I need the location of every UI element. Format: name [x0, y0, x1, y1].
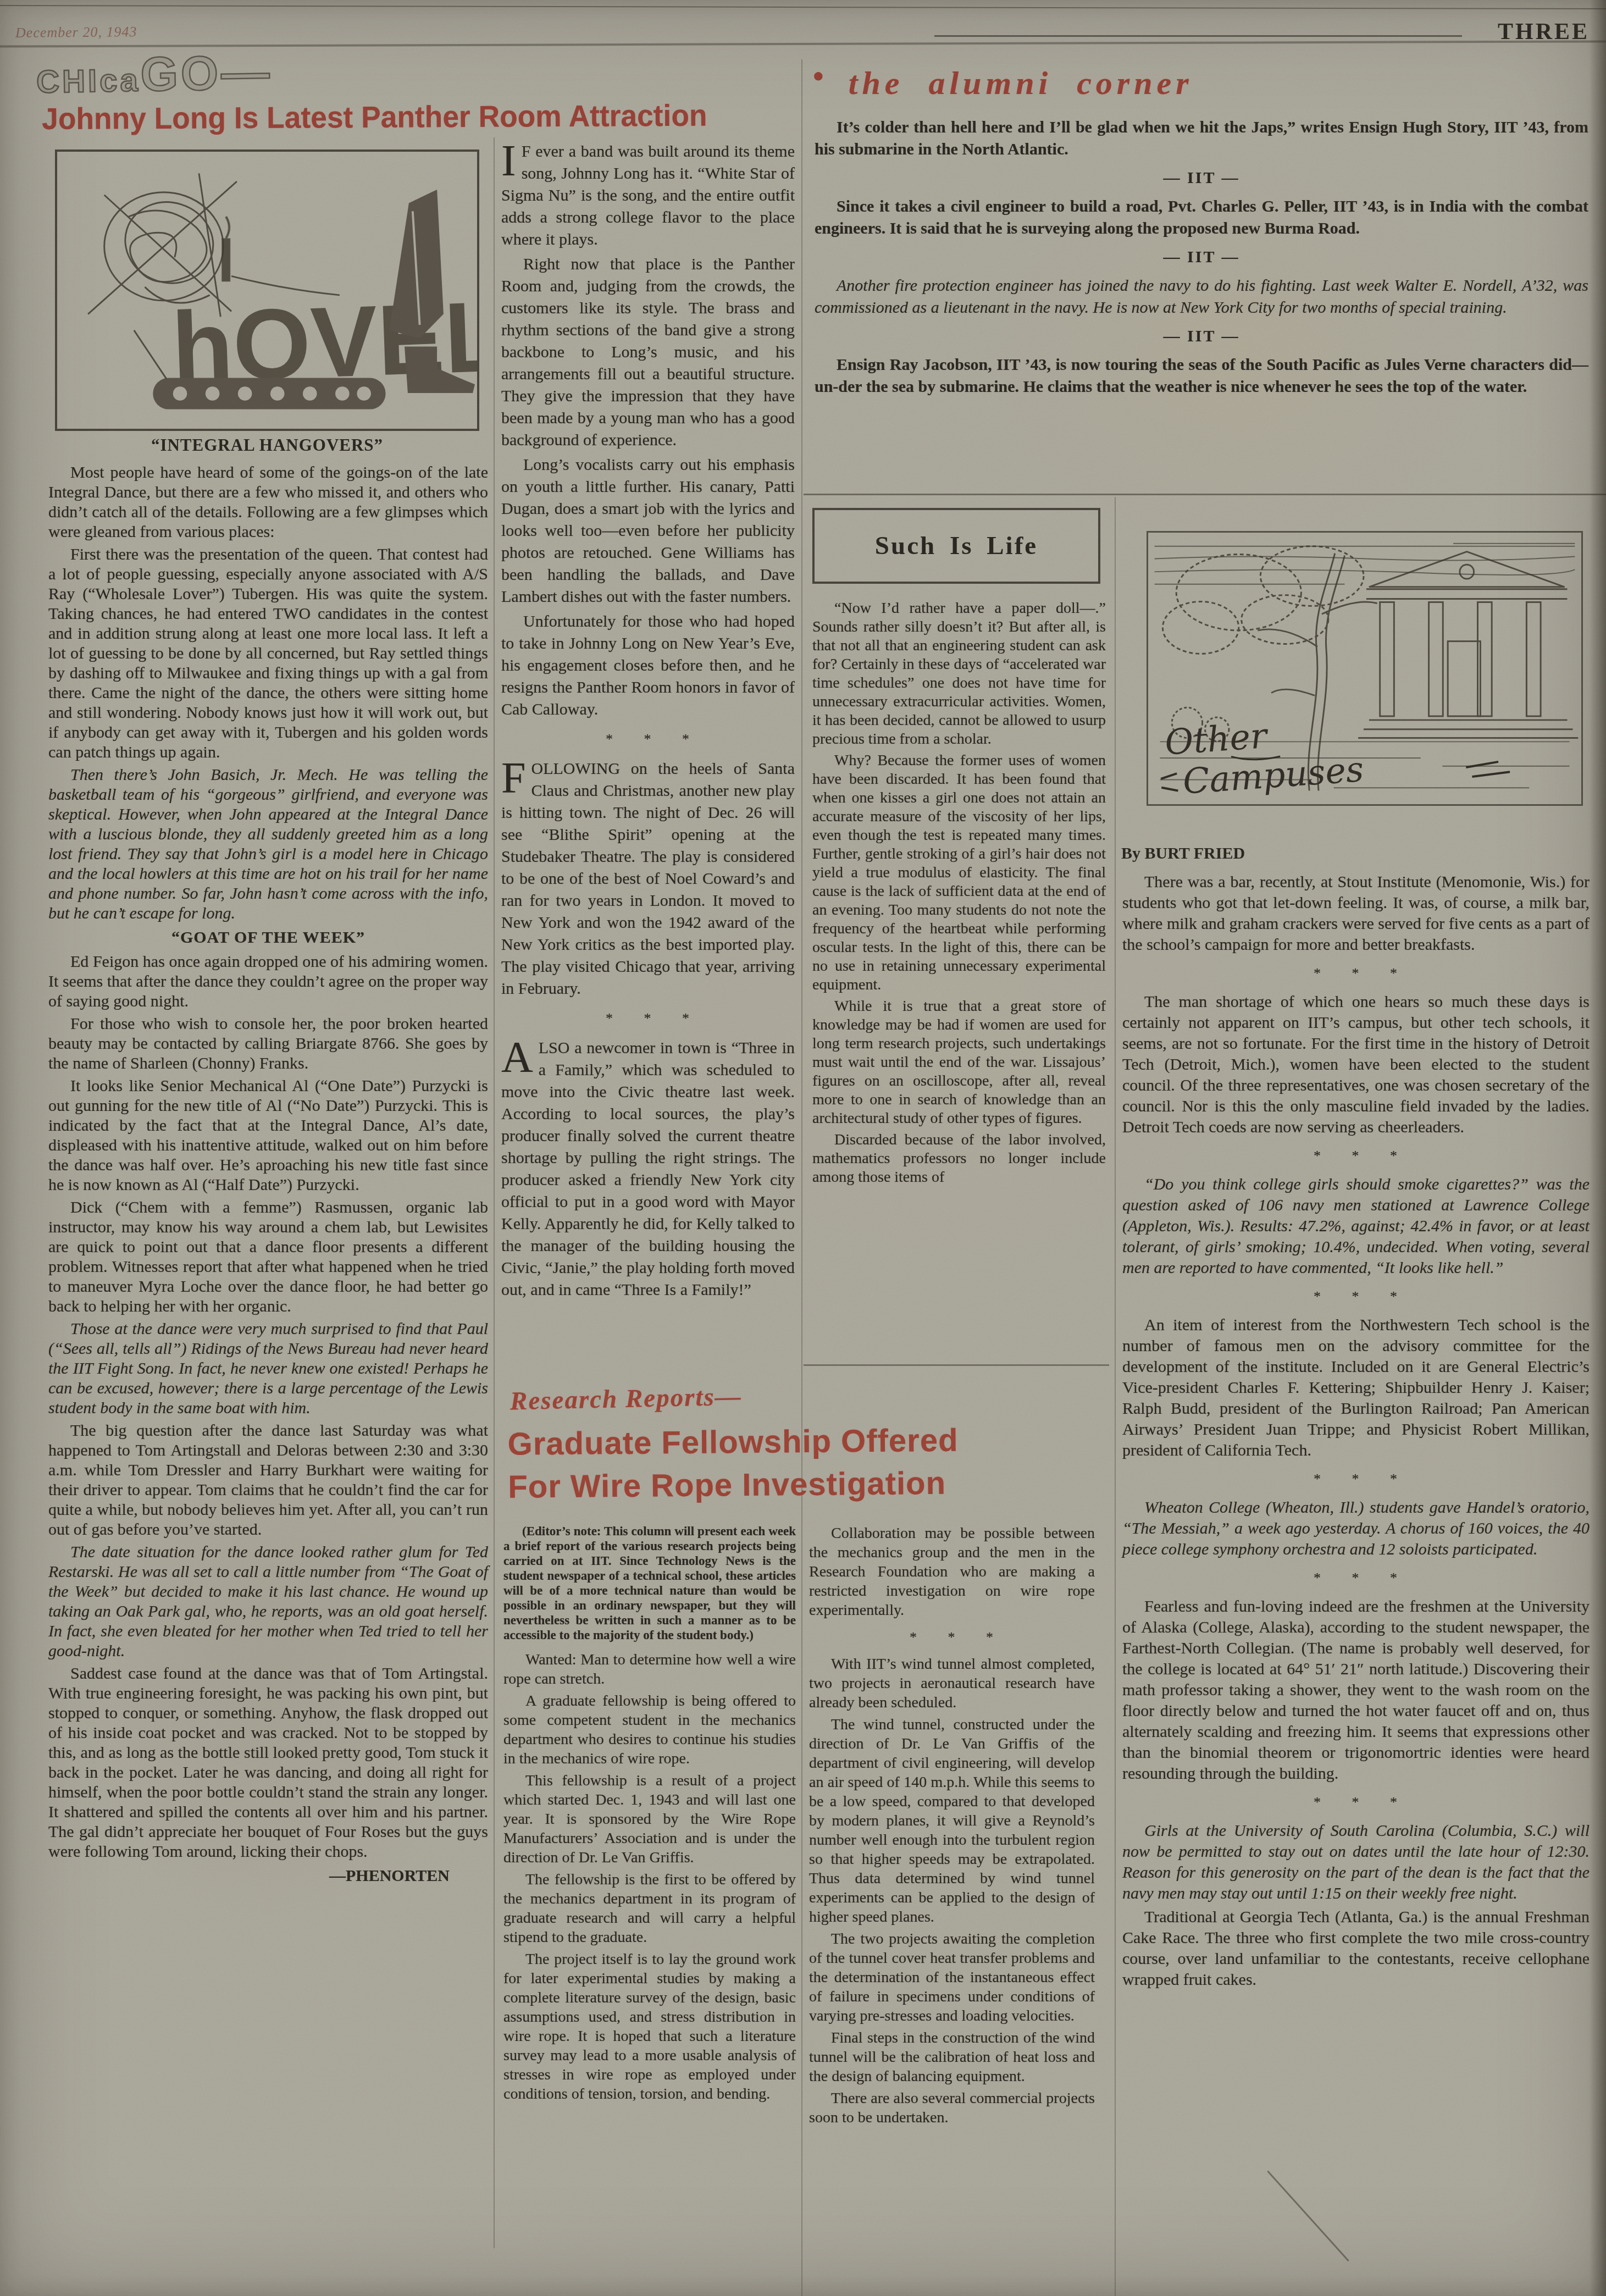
paragraph: There are also several commercial projec… — [809, 2089, 1095, 2127]
section-separator: * * * — [501, 728, 795, 750]
section-separator: * * * — [1122, 963, 1590, 984]
iit-divider: — IIT — — [815, 167, 1588, 189]
section-separator: * * * — [1122, 1792, 1590, 1813]
paragraph: The big question after the dance last Sa… — [48, 1421, 488, 1540]
paragraph: Why? Because the former uses of women ha… — [812, 751, 1106, 994]
paragraph: Final steps in the construction of the w… — [809, 2028, 1095, 2086]
paragraph: Traditional at Georgia Tech (Atlanta, Ga… — [1122, 1907, 1590, 1990]
paragraph: The project itself is to lay the ground … — [503, 1950, 796, 2104]
paragraph: There was a bar, recently, at Stout Inst… — [1122, 872, 1590, 955]
scan-scratch — [1267, 2171, 1349, 2261]
masthead-small-text: CHIca — [36, 62, 141, 99]
masthead-large-text: GO— — [140, 45, 273, 101]
paragraph: Dick (“Chem with a femme”) Rasmussen, or… — [48, 1198, 488, 1316]
section-separator: * * * — [1122, 1286, 1590, 1307]
headline-johnny-long: Johnny Long Is Latest Panther Room Attra… — [42, 98, 783, 135]
column-signature: —PHENORTEN — [48, 1866, 488, 1886]
paragraph: An item of interest from the Northwester… — [1122, 1315, 1590, 1461]
paragraph: It looks like Senior Mechanical Al (“One… — [48, 1076, 488, 1195]
alumni-corner-header: ● the alumni corner — [812, 64, 1193, 102]
masthead-chicago: CHIcaGO— — [36, 44, 273, 104]
paragraph: Another fire protection engineer has joi… — [815, 275, 1588, 319]
paragraph: With IIT’s wind tunnel almost completed,… — [809, 1655, 1095, 1712]
bullet-icon: ● — [812, 64, 824, 86]
panther-room-review-column: IF ever a band was built around its them… — [501, 141, 795, 1304]
paragraph: Since it takes a civil engineer to build… — [815, 196, 1588, 240]
script-label-line1: Other — [1164, 715, 1270, 763]
paragraph: A graduate fellowship is being offered t… — [503, 1691, 796, 1768]
scan-line — [0, 5, 1606, 9]
column-rule — [1115, 497, 1116, 2296]
paragraph: The fellowship is the first to be offere… — [503, 1870, 796, 1947]
drop-cap: A — [501, 1037, 539, 1075]
column-rule — [801, 59, 802, 2296]
research-column-right: Collaboration may be possible between th… — [809, 1524, 1095, 2130]
drop-cap: I — [501, 141, 522, 178]
headline-line-2: For Wire Rope Investigation — [508, 1465, 946, 1505]
paragraph: FOLLOWING on the heels of Santa Claus an… — [501, 758, 795, 1000]
illustration-caption: “INTEGRAL HANGOVERS” — [55, 435, 479, 455]
paragraph: Most people have heard of some of the go… — [48, 463, 488, 542]
gossip-column: Most people have heard of some of the go… — [48, 463, 488, 1889]
page-number: THREE — [1498, 19, 1590, 45]
research-reports-kicker: Research Reports— — [510, 1382, 742, 1417]
section-title-such-is-life: Such Is Life — [875, 531, 1038, 561]
section-rule — [804, 494, 1606, 495]
paragraph: It’s colder than hell here and I’ll be g… — [815, 117, 1588, 161]
paragraph: Girls at the University of South Carolin… — [1122, 1821, 1590, 1904]
paragraph: Fearless and fun-loving indeed are the f… — [1122, 1596, 1590, 1784]
such-is-life-column: “Now I’d rather have a paper doll—.” Sou… — [812, 599, 1106, 1190]
research-column-left: (Editor’s note: This column will present… — [503, 1524, 796, 2106]
paragraph: IF ever a band was built around its them… — [501, 141, 795, 251]
paragraph: Saddest case found at the dance was that… — [48, 1664, 488, 1862]
byline: By BURT FRIED — [1121, 844, 1245, 863]
paragraph: Wanted: Man to determine how well a wire… — [503, 1650, 796, 1689]
paragraph: The two projects awaiting the completion… — [809, 1929, 1095, 2026]
paragraph: Collaboration may be possible between th… — [809, 1524, 1095, 1620]
section-separator: * * * — [1122, 1469, 1590, 1490]
paragraph: Those at the dance were very much surpri… — [48, 1319, 488, 1418]
paragraph: “Now I’d rather have a paper doll—.” Sou… — [812, 599, 1106, 749]
headline-graduate-fellowship: Graduate Fellowship Offered For Wire Rop… — [507, 1418, 1104, 1508]
paragraph: For those who wish to console her, the p… — [48, 1014, 488, 1074]
paragraph: Right now that place is the Panther Room… — [501, 253, 795, 451]
iit-divider: — IIT — — [815, 325, 1588, 347]
drop-cap: F — [501, 758, 531, 795]
column-subhead: “GOAT OF THE WEEK” — [48, 928, 488, 948]
paragraph: This fellowship is a result of a project… — [503, 1771, 796, 1867]
scan-edge-shadow — [1590, 0, 1606, 2296]
alumni-corner-items: It’s colder than hell here and I’ll be g… — [815, 117, 1588, 402]
cartoon-drawing-icon: hOVEL — [57, 152, 477, 429]
paragraph: ALSO a newcomer in town is “Three in a F… — [501, 1037, 795, 1301]
editors-note: (Editor’s note: This column will present… — [503, 1524, 796, 1642]
paragraph: First there was the presentation of the … — [48, 545, 488, 762]
paragraph: Then there’s John Basich, Jr. Mech. He w… — [48, 765, 488, 923]
section-separator: * * * — [1122, 1146, 1590, 1166]
paragraph: Discarded because of the labor involved,… — [812, 1131, 1106, 1187]
section-separator: * * * — [501, 1008, 795, 1030]
section-separator: * * * — [809, 1628, 1095, 1647]
campus-drawing-icon: Other Campuses — [1148, 533, 1581, 804]
other-campuses-illustration: Other Campuses — [1147, 531, 1583, 806]
section-rule — [804, 1364, 1109, 1366]
paragraph: The date situation for the dance looked … — [48, 1542, 488, 1661]
paragraph: Long’s vocalists carry out his emphasis … — [501, 454, 795, 608]
iit-divider: — IIT — — [815, 246, 1588, 268]
column-rule — [494, 137, 495, 2248]
newspaper-page: December 20, 1943 CHIcaGO— THREE Johnny … — [0, 0, 1606, 2296]
paragraph: Ed Feigon has once again dropped one of … — [48, 952, 488, 1011]
paragraph: The wind tunnel, constructed under the d… — [809, 1715, 1095, 1927]
integral-hangovers-illustration: hOVEL — [55, 150, 479, 431]
headline-line-1: Graduate Fellowship Offered — [507, 1423, 958, 1462]
paragraph: The man shortage of which one hears so m… — [1122, 992, 1590, 1138]
paragraph: Wheaton College (Wheaton, Ill.) students… — [1122, 1497, 1590, 1560]
such-is-life-box: Such Is Life — [812, 508, 1100, 584]
paragraph: Unfortunately for those who had hoped to… — [501, 611, 795, 721]
other-campuses-column: There was a bar, recently, at Stout Inst… — [1122, 872, 1590, 1993]
section-title-alumni-corner: the alumni corner — [849, 65, 1193, 101]
paragraph: “Do you think college girls should smoke… — [1122, 1174, 1590, 1279]
paragraph: Ensign Ray Jacobson, IIT ’43, is now tou… — [815, 354, 1588, 398]
folio-rule — [934, 35, 1462, 37]
issue-date: December 20, 1943 — [15, 24, 137, 41]
paragraph: While it is true that a great store of k… — [812, 997, 1106, 1128]
section-separator: * * * — [1122, 1568, 1590, 1589]
